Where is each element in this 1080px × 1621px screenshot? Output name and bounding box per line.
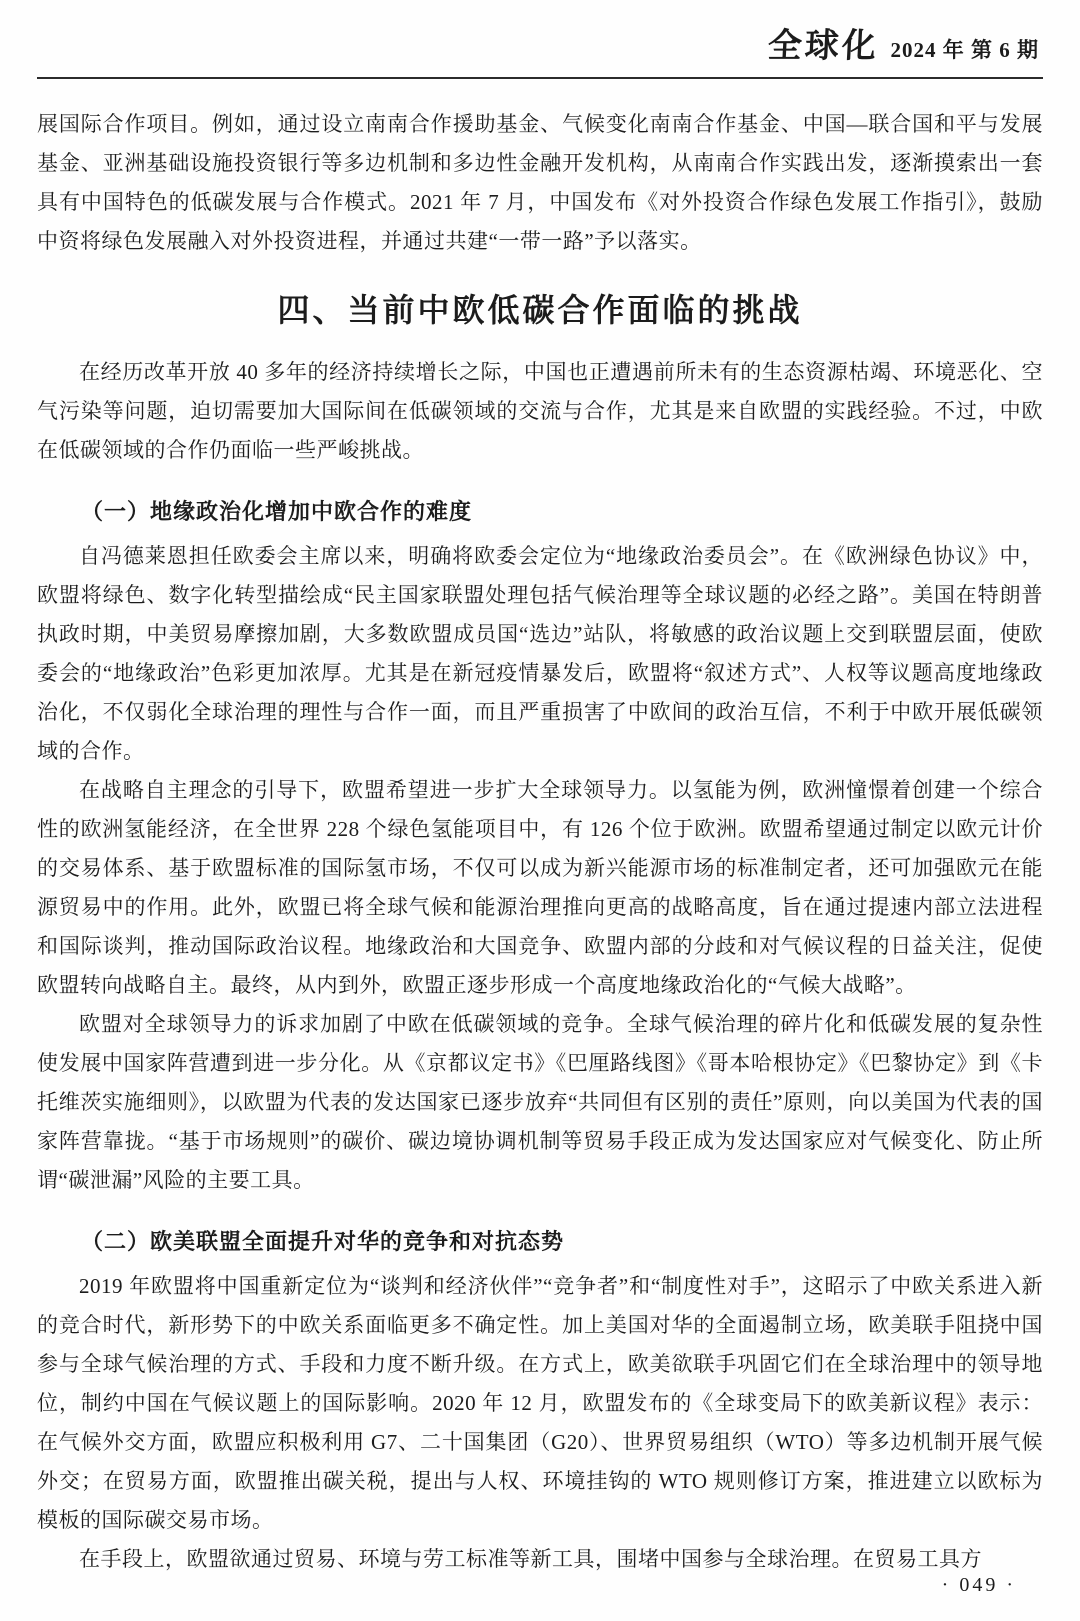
subsection-2-heading: （二）欧美联盟全面提升对华的竞争和对抗态势 (37, 1222, 1043, 1261)
article-body: 展国际合作项目。例如，通过设立南南合作援助基金、气候变化南南合作基金、中国—联合… (37, 105, 1043, 1579)
running-head: 全球化 2024 年 第 6 期 (37, 14, 1043, 79)
issue-info: 2024 年 第 6 期 (891, 34, 1040, 64)
subsection-1-paragraph-2: 在战略自主理念的引导下，欧盟希望进一步扩大全球领导力。以氢能为例，欧洲憧憬着创建… (37, 771, 1043, 1005)
journal-title: 全球化 (766, 18, 880, 67)
subsection-1-paragraph-1: 自冯德莱恩担任欧委会主席以来，明确将欧委会定位为“地缘政治委员会”。在《欧洲绿色… (37, 537, 1043, 771)
section-heading: 四、当前中欧低碳合作面临的挑战 (37, 287, 1043, 333)
intro-paragraph: 在经历改革开放 40 多年的经济持续增长之际，中国也正遭遇前所未有的生态资源枯竭… (37, 353, 1043, 470)
page-number: · 049 · (942, 1574, 1016, 1597)
journal-page: 全球化 2024 年 第 6 期 展国际合作项目。例如，通过设立南南合作援助基金… (0, 0, 1080, 1621)
subsection-2-paragraph-2: 在手段上，欧盟欲通过贸易、环境与劳工标准等新工具，围堵中国参与全球治理。在贸易工… (37, 1540, 1043, 1579)
subsection-2-paragraph-1: 2019 年欧盟将中国重新定位为“谈判和经济伙伴”“竞争者”和“制度性对手”，这… (37, 1267, 1043, 1540)
subsection-1-heading: （一）地缘政治化增加中欧合作的难度 (37, 492, 1043, 531)
continued-paragraph: 展国际合作项目。例如，通过设立南南合作援助基金、气候变化南南合作基金、中国—联合… (37, 105, 1043, 261)
subsection-1-paragraph-3: 欧盟对全球领导力的诉求加剧了中欧在低碳领域的竞争。全球气候治理的碎片化和低碳发展… (37, 1005, 1043, 1200)
